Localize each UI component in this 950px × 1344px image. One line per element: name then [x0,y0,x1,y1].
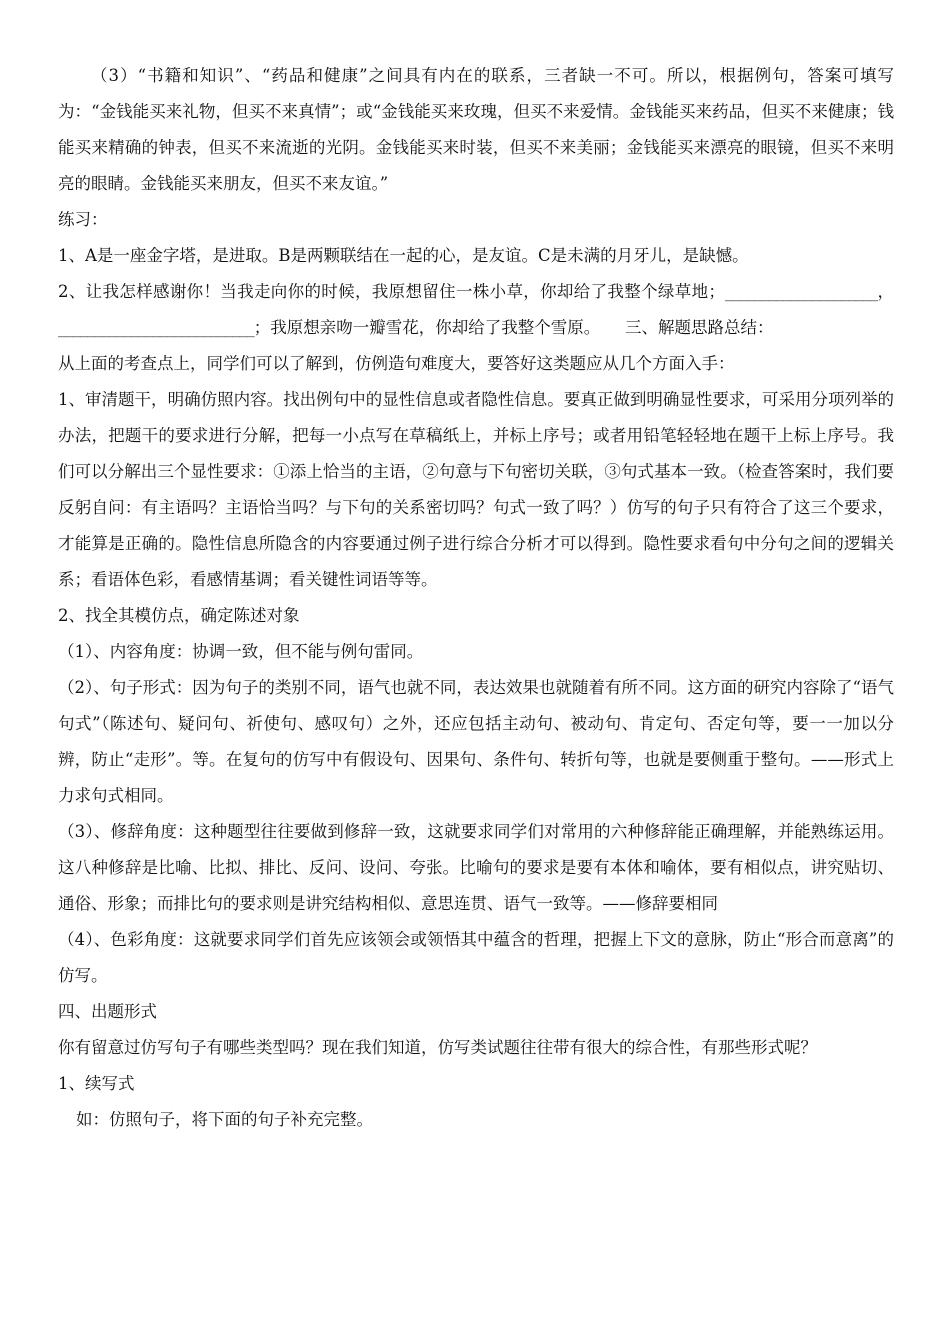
heading-solution-summary: 三、解题思路总结： [625,318,774,337]
point-2-find-imitation: 2、找全其模仿点，确定陈述对象 [58,598,894,634]
document-page: （3）“书籍和知识”、“药品和健康”之间具有内在的联系，三者缺一不可。所以，根据… [58,58,894,1138]
heading-practice: 练习： [58,202,894,238]
sub-point-sentence-form: （2）、句子形式：因为句子的类别不同，语气也就不同，表达效果也就随着有所不同。这… [58,670,894,814]
sub-point-rhetoric-angle: （3）、修辞角度：这种题型往往要做到修辞一致，这就要求同学们对常用的六种修辞能正… [58,814,894,922]
practice-item-1: 1、A是一座金字塔，是进取。B是两颗联结在一起的心，是友谊。C是未满的月牙儿，是… [58,238,894,274]
fill-blank-2: ___________________________ [58,318,254,337]
practice-item-2-text-b: ；我原想亲吻一瓣雪花，你却给了我整个雪原。 [254,318,592,337]
paragraph-question-forms-intro: 你有留意过仿写句子有哪些类型吗？现在我们知道，仿写类试题往往带有很大的综合性，有… [58,1030,894,1066]
point-1-review-stem: 1、审清题干，明确仿照内容。找出例句中的显性信息或者隐性信息。要真正做到明确显性… [58,382,894,598]
form-1-continuation: 1、续写式 [58,1066,894,1102]
fill-blank-1: _____________________ [725,282,877,301]
paragraph-answer-explanation: （3）“书籍和知识”、“药品和健康”之间具有内在的联系，三者缺一不可。所以，根据… [58,58,894,202]
form-1-example: 如：仿照句子，将下面的句子补充完整。 [58,1102,894,1138]
blank-comma: ， [877,282,894,301]
sub-point-color-angle: （4）、色彩角度：这就要求同学们首先应该领会或领悟其中蕴含的哲理，把握上下文的意… [58,922,894,994]
heading-question-forms: 四、出题形式 [58,994,894,1030]
paragraph-intro: 从上面的考查点上，同学们可以了解到，仿例造句难度大，要答好这类题应从几个方面入手… [58,346,894,382]
sub-point-content-angle: （1）、内容角度：协调一致，但不能与例句雷同。 [58,634,894,670]
practice-item-2: 2、让我怎样感谢你！当我走向你的时候，我原想留住一株小草，你却给了我整个绿草地；… [58,274,894,346]
practice-item-2-text-a: 2、让我怎样感谢你！当我走向你的时候，我原想留住一株小草，你却给了我整个绿草地； [58,282,725,301]
